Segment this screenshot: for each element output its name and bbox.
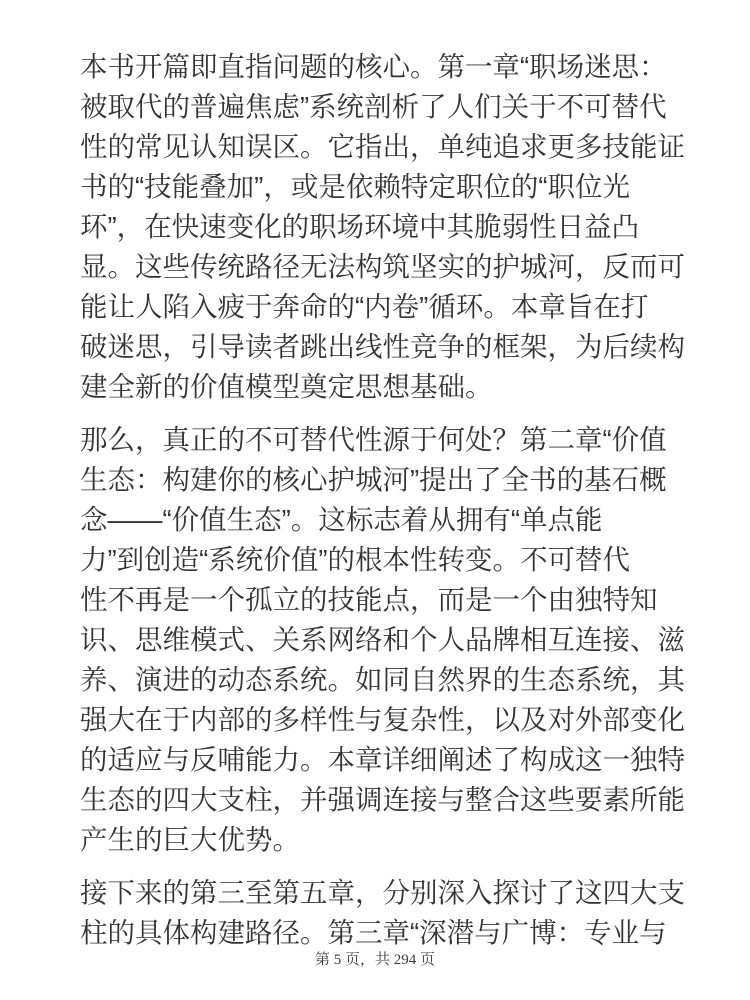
page-number-footer: 第 5 页，共 294 页 [0,950,750,970]
text-line: 建全新的价值模型奠定思想基础。 [80,367,694,407]
text-line: 接下来的第三至第五章，分别深入探讨了这四大支 [80,873,694,913]
text-line: 识、思维模式、关系网络和个人品牌相互连接、滋 [80,620,694,660]
text-line: 那么，真正的不可替代性源于何处？第二章“价值 [80,420,694,460]
text-line: 柱的具体构建路径。第三章“深潜与广博：专业与 [80,913,694,953]
text-line: 显。这些传统路径无法构筑坚实的护城河，反而可 [80,247,694,287]
text-line: 破迷思，引导读者跳出线性竞争的框架，为后续构 [80,327,694,367]
paragraph: 那么，真正的不可替代性源于何处？第二章“价值生态：构建你的核心护城河”提出了全书… [80,420,694,860]
text-line: 念——“价值生态”。这标志着从拥有“单点能 [80,500,694,540]
text-line: 强大在于内部的多样性与复杂性，以及对外部变化 [80,700,694,740]
document-content: 本书开篇即直指问题的核心。第一章“职场迷思：被取代的普遍焦虑”系统剖析了人们关于… [80,47,694,966]
text-line: 生态的四大支柱，并强调连接与整合这些要素所能 [80,780,694,820]
text-line: 本书开篇即直指问题的核心。第一章“职场迷思： [80,47,694,87]
text-line: 性的常见认知误区。它指出，单纯追求更多技能证 [80,127,694,167]
text-line: 的适应与反哺能力。本章详细阐述了构成这一独特 [80,740,694,780]
text-line: 产生的巨大优势。 [80,820,694,860]
document-page: 本书开篇即直指问题的核心。第一章“职场迷思：被取代的普遍焦虑”系统剖析了人们关于… [0,0,750,1000]
text-line: 性不再是一个孤立的技能点，而是一个由独特知 [80,580,694,620]
text-line: 力”到创造“系统价值”的根本性转变。不可替代 [80,540,694,580]
text-line: 养、演进的动态系统。如同自然界的生态系统，其 [80,660,694,700]
text-line: 书的“技能叠加”，或是依赖特定职位的“职位光 [80,167,694,207]
text-line: 被取代的普遍焦虑”系统剖析了人们关于不可替代 [80,87,694,127]
text-line: 生态：构建你的核心护城河”提出了全书的基石概 [80,460,694,500]
text-line: 环”，在快速变化的职场环境中其脆弱性日益凸 [80,207,694,247]
paragraph: 本书开篇即直指问题的核心。第一章“职场迷思：被取代的普遍焦虑”系统剖析了人们关于… [80,47,694,407]
text-line: 能让人陷入疲于奔命的“内卷”循环。本章旨在打 [80,287,694,327]
paragraph: 接下来的第三至第五章，分别深入探讨了这四大支柱的具体构建路径。第三章“深潜与广博… [80,873,694,953]
